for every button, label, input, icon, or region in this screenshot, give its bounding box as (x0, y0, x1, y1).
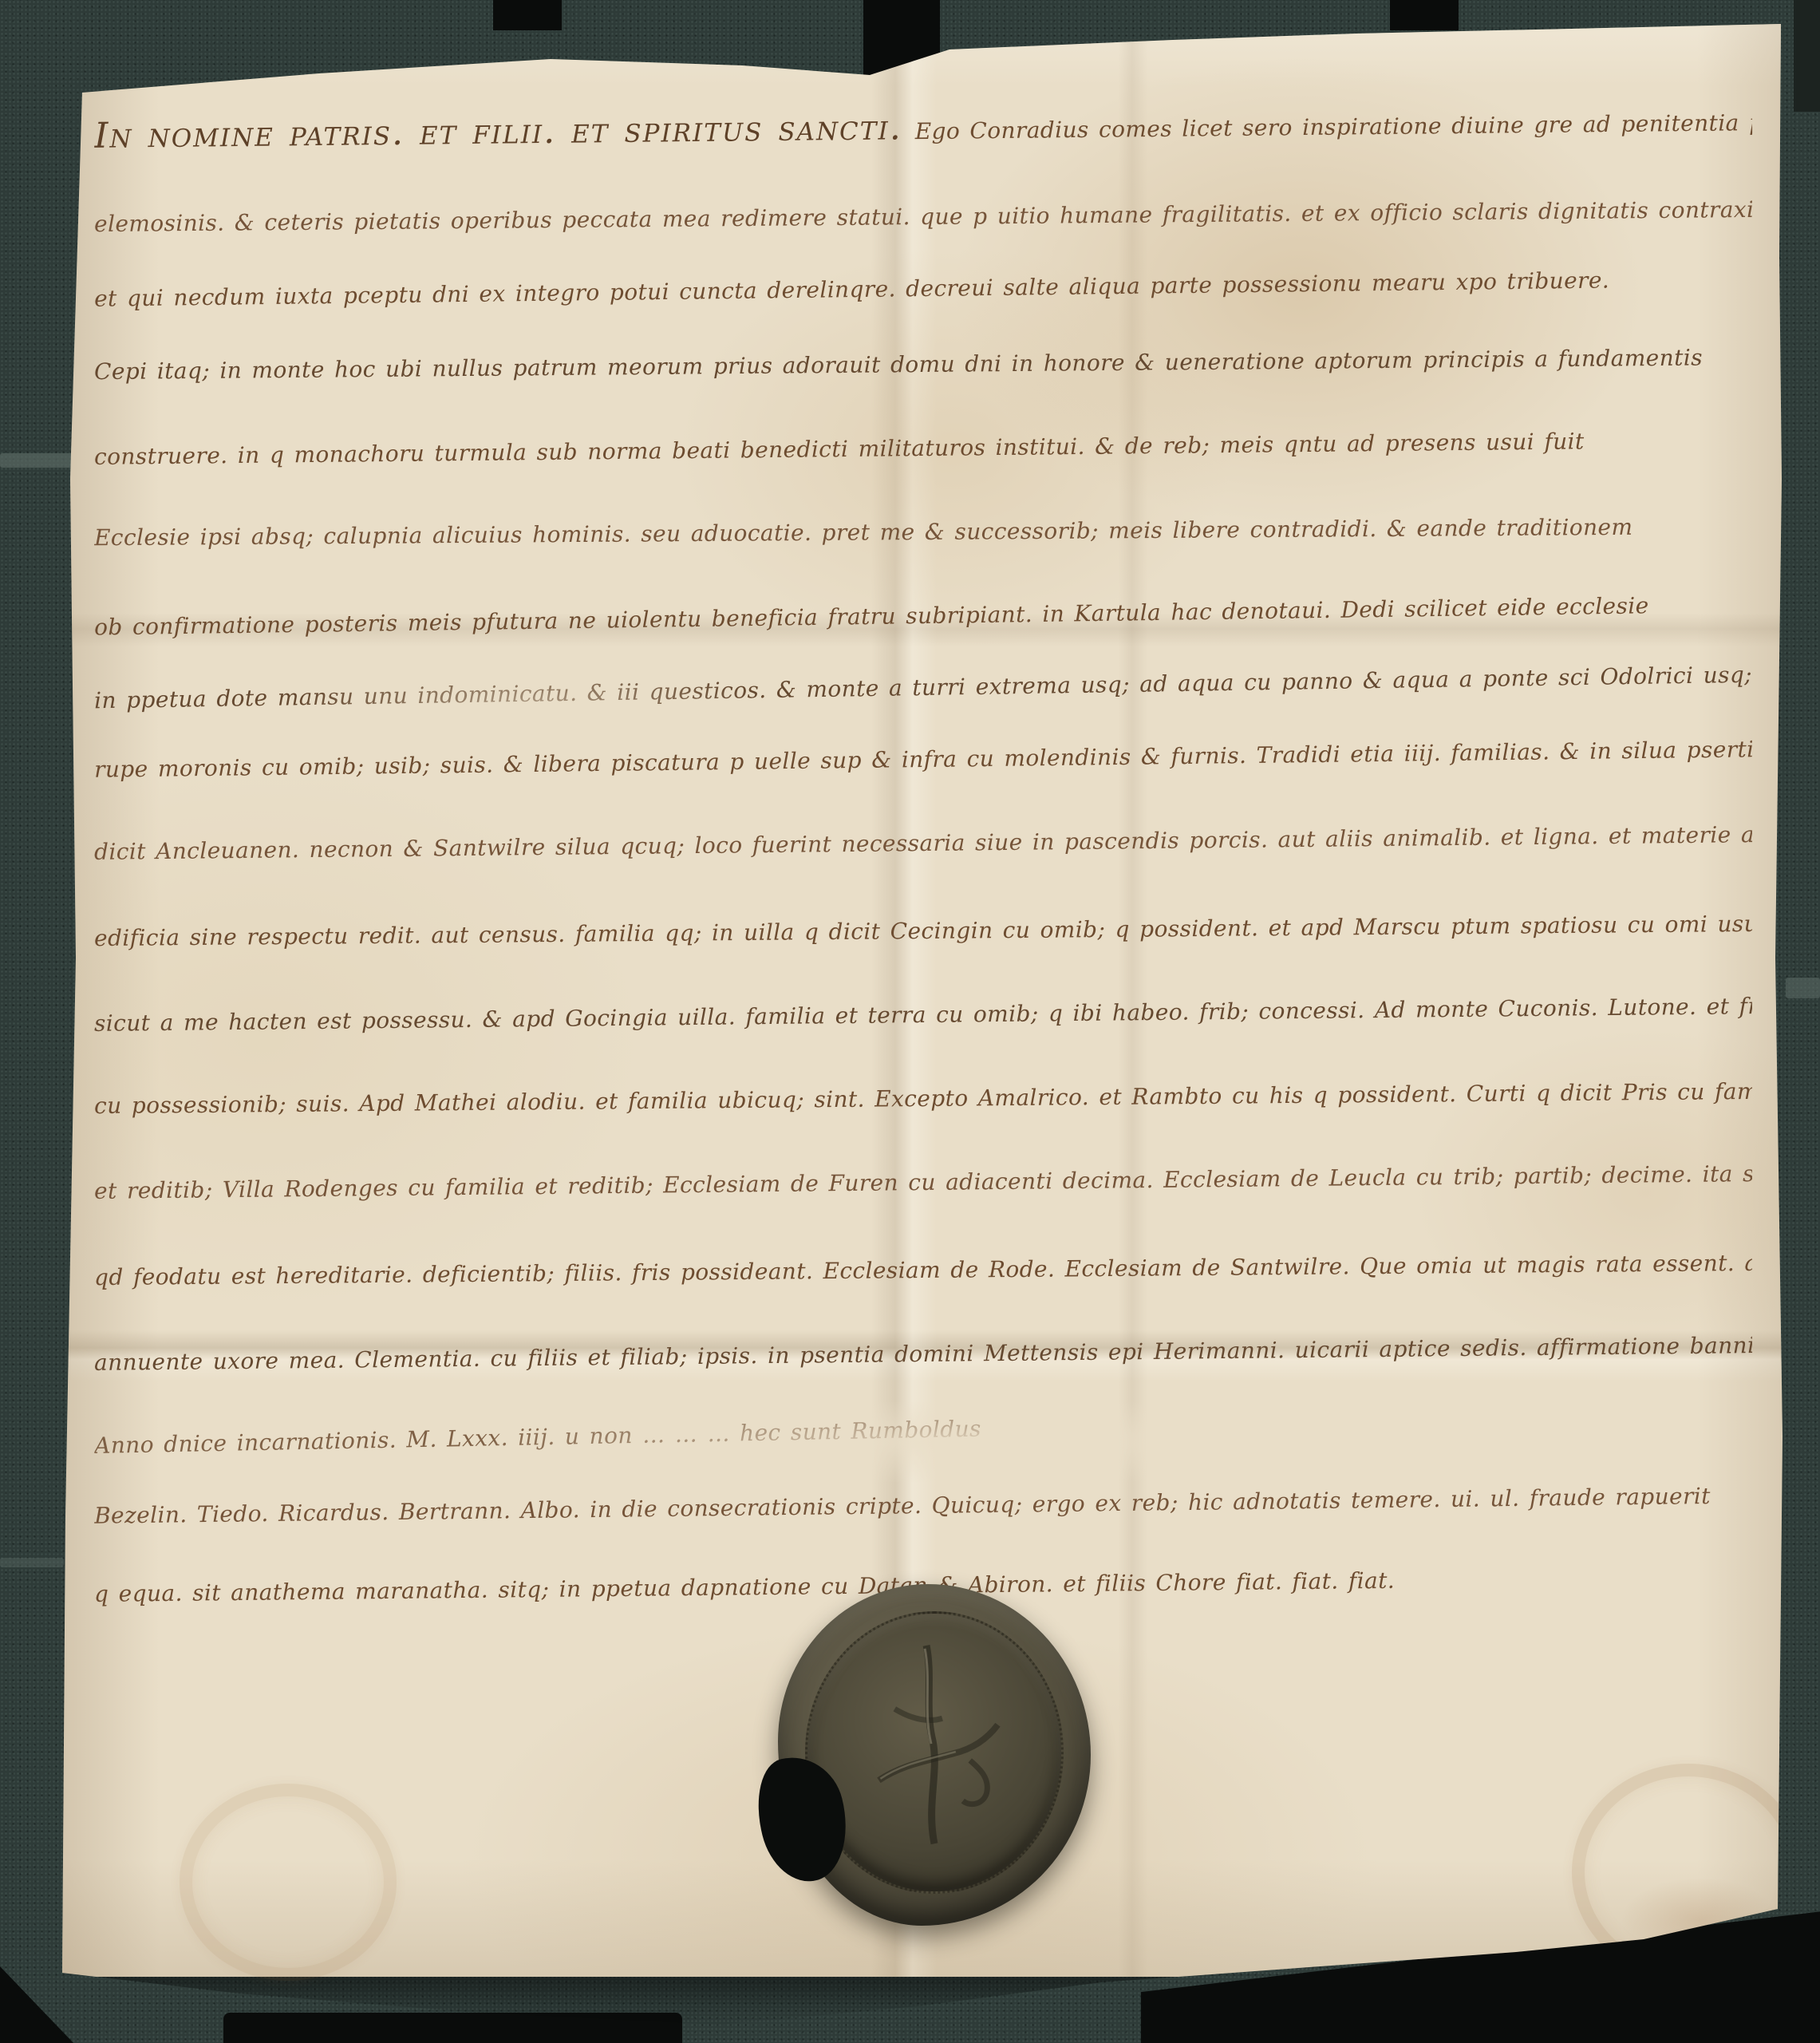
charter-line-17: Anno dnice incarnationis. M. Lxxx. iiij.… (94, 1401, 1752, 1459)
seal-inner-disc (805, 1611, 1064, 1894)
charter-line-1-continuation: Ego Conradius comes licet sero inspirati… (915, 109, 1753, 144)
charter-line-7: ob confirmatione posteris meis pfutura n… (94, 591, 1752, 640)
charter-line-16: annuente uxore mea. Clementia. cu filiis… (94, 1332, 1752, 1376)
charter-line-2: elemosinis. & ceteris pietatis operibus … (94, 196, 1752, 237)
ring-stain-bottom-left (180, 1784, 397, 1981)
charter-line-10: dicit Ancleuanen. necnon & Santwilre sil… (94, 821, 1752, 865)
backing-glint-lower-left (0, 1558, 64, 1567)
mount-corner-top-right (1794, 0, 1820, 112)
charter-line-1: In nomine patris. et filii. et spiritus … (94, 98, 1752, 156)
photograph-of-charter: In nomine patris. et filii. et spiritus … (0, 0, 1820, 2043)
mount-slot-right (1390, 0, 1459, 30)
charter-line-18: Bezelin. Tiedo. Ricardus. Bertrann. Albo… (94, 1482, 1752, 1528)
charter-line-11: edificia sine respectu redit. aut census… (94, 911, 1752, 951)
backing-glint-right (1786, 978, 1820, 998)
seal-figure-engraving (807, 1614, 1061, 1891)
charter-line-6: Ecclesie ipsi absq; calupnia alicuius ho… (94, 513, 1752, 551)
parchment-sheet: In nomine patris. et filii. et spiritus … (56, 18, 1783, 1977)
mount-slot-left (493, 0, 562, 30)
charter-line-15: qd feodatu est hereditarie. deficientib;… (94, 1250, 1752, 1290)
charter-line-12: sicut a me hacten est possessu. & apd Go… (94, 993, 1752, 1037)
charter-line-8: in ppetua dote mansu unu indominicatu. &… (94, 662, 1752, 714)
backing-glint-left (0, 453, 76, 468)
invocation-text: In nomine patris. et filii. et spiritus … (94, 107, 902, 156)
charter-line-13: cu possessionib; suis. Apd Mathei alodiu… (94, 1078, 1752, 1119)
charter-line-5: construere. in q monachoru turmula sub n… (94, 426, 1752, 470)
charter-line-9: rupe moronis cu omib; usib; suis. & libe… (94, 736, 1752, 782)
charter-line-3: et qui necdum iuxta pceptu dni ex integr… (94, 265, 1752, 311)
charter-line-4: Cepi itaq; in monte hoc ubi nullus patru… (94, 344, 1752, 385)
shadow-bottom-strip (223, 2013, 682, 2043)
charter-line-14: et reditib; Villa Rodenges cu familia et… (94, 1160, 1752, 1204)
